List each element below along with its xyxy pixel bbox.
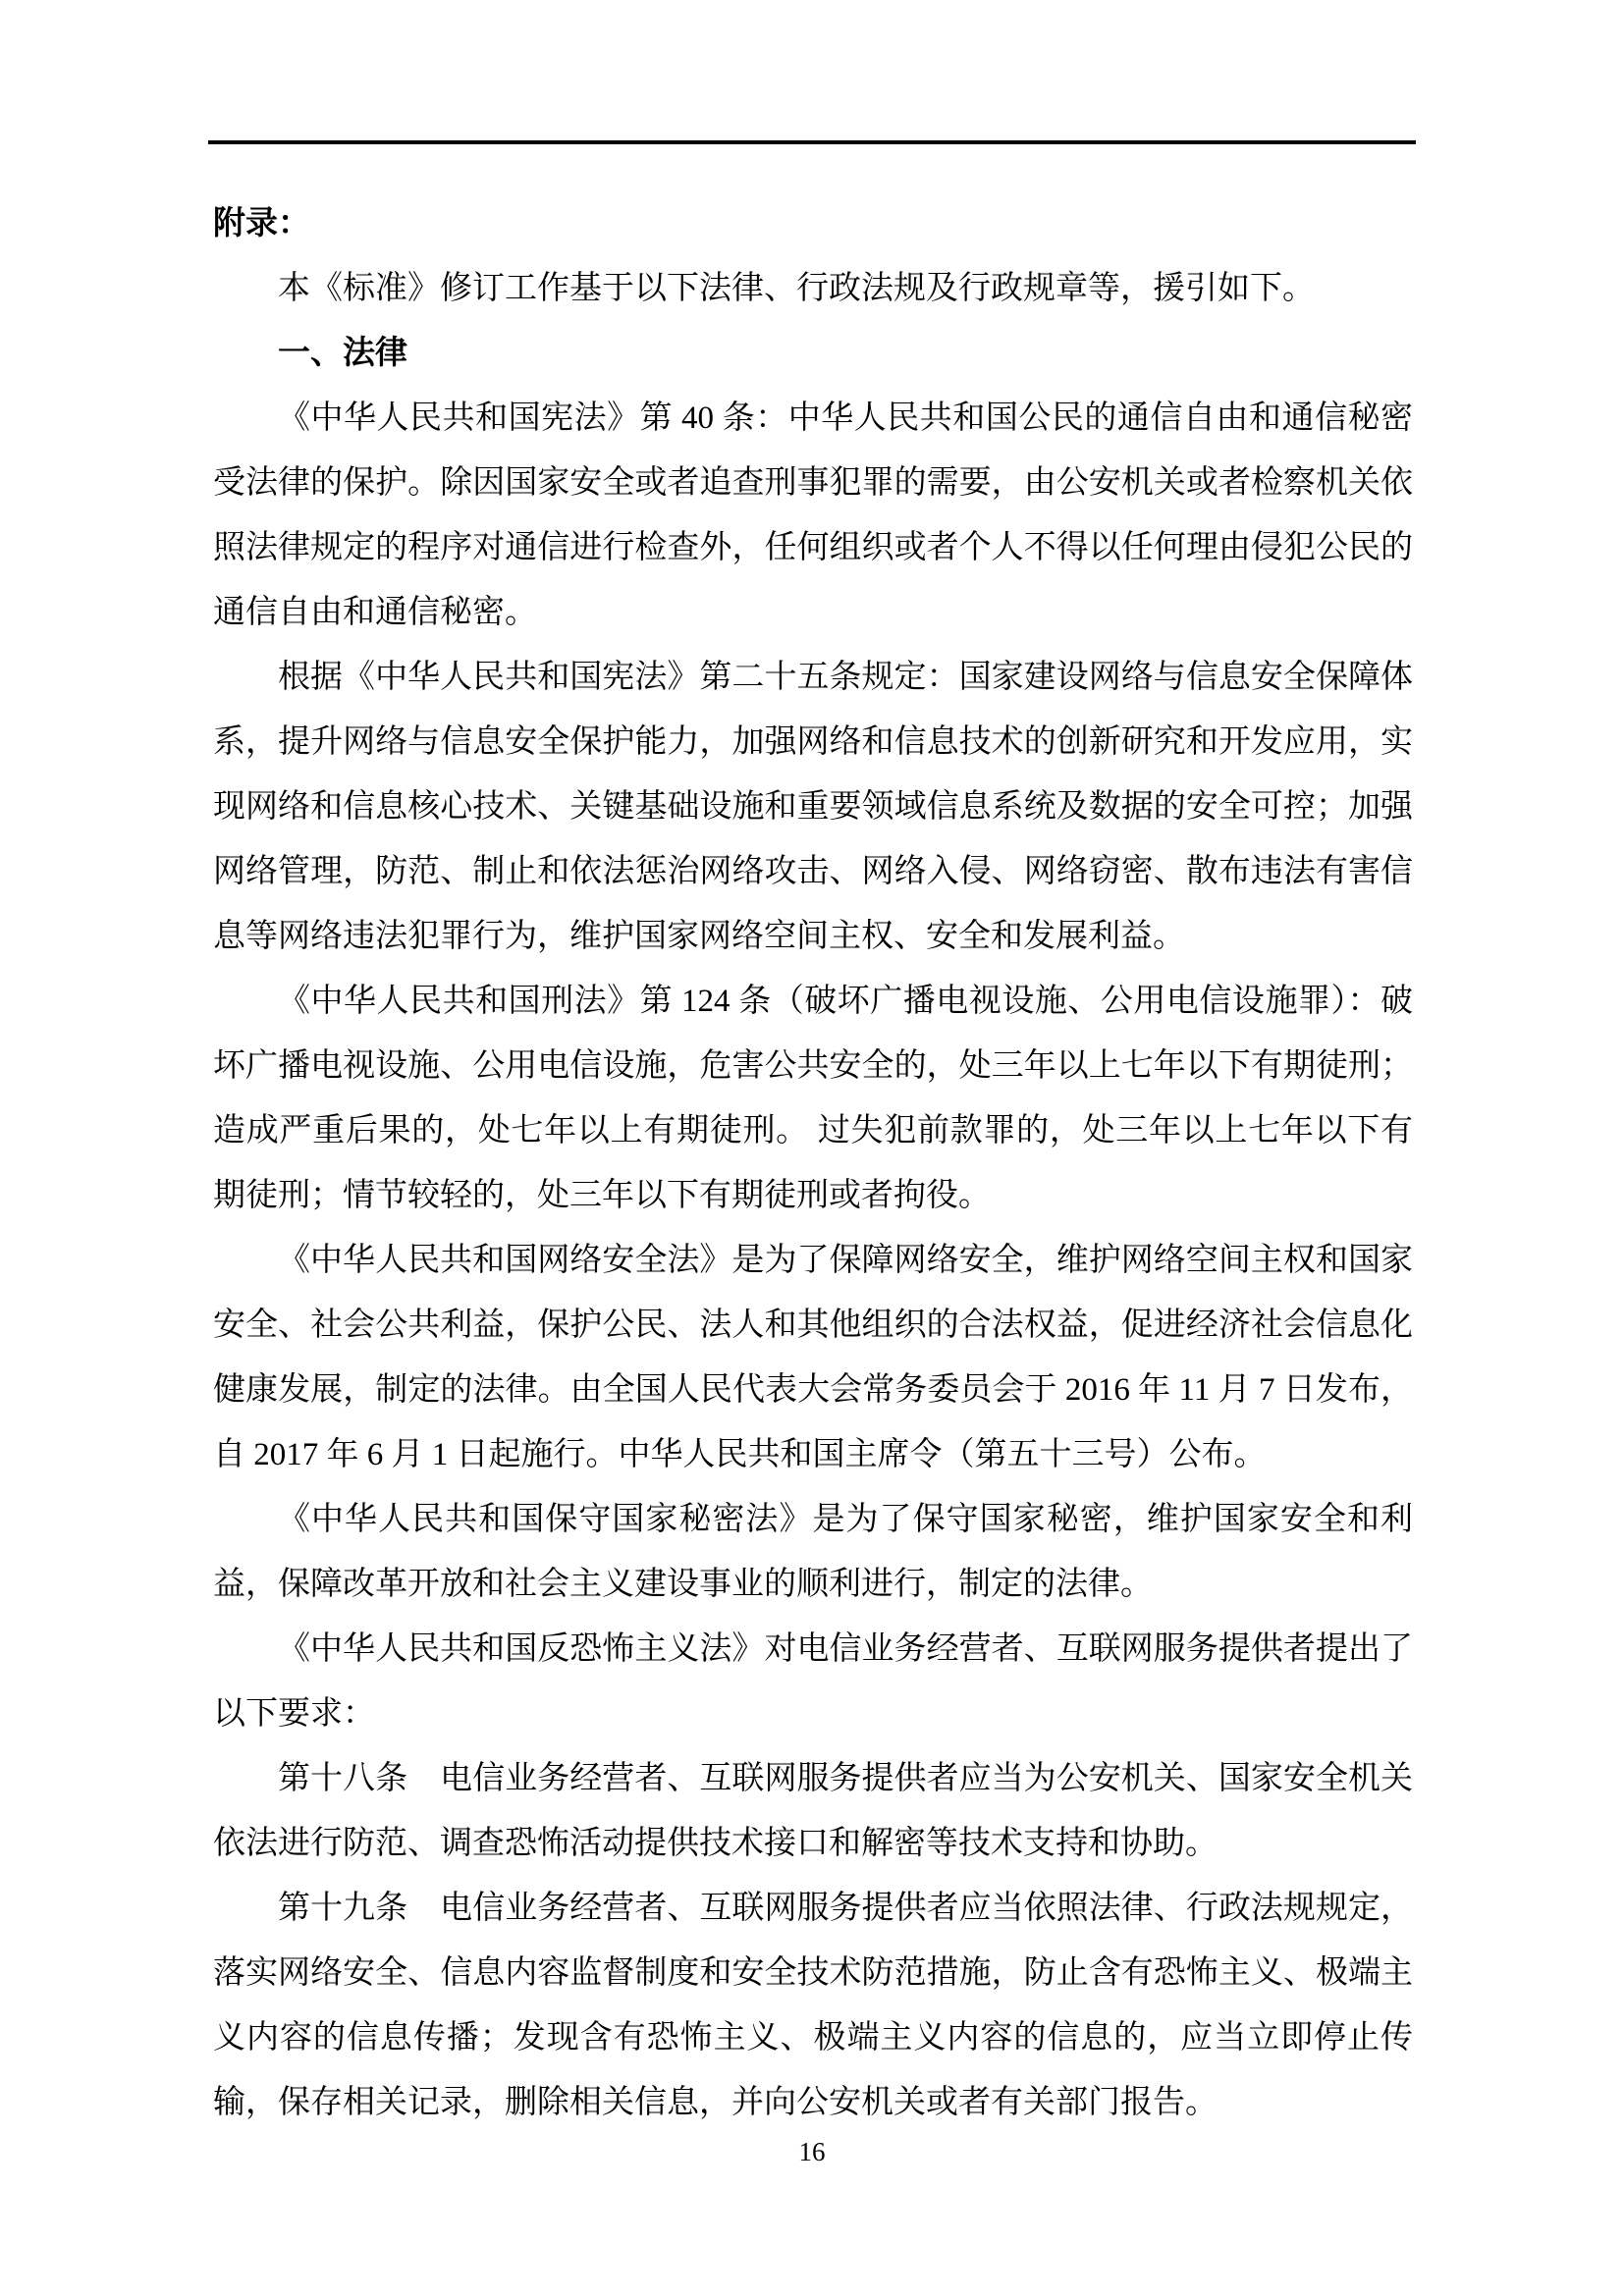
paragraph-article-19: 第十九条 电信业务经营者、互联网服务提供者应当依照法律、行政法规规定，落实网络安… [213,1876,1413,2135]
paragraph-criminal-law-article-124: 《中华人民共和国刑法》第 124 条（破坏广播电视设施、公用电信设施罪）：破坏广… [213,969,1413,1228]
page-footer: 16 [0,2132,1624,2171]
document-body: 附录： 本《标准》修订工作基于以下法律、行政法规及行政规章等，援引如下。 一、法… [213,191,1413,2135]
appendix-label: 附录： [213,191,1413,256]
paragraph-article-18: 第十八条 电信业务经营者、互联网服务提供者应当为公安机关、国家安全机关依法进行防… [213,1746,1413,1876]
page-number: 16 [799,2137,826,2166]
section-heading-law: 一、法律 [213,321,1413,386]
header-rule [208,140,1416,144]
paragraph-anti-terrorism-law: 《中华人民共和国反恐怖主义法》对电信业务经营者、互联网服务提供者提出了以下要求： [213,1617,1413,1746]
paragraph-state-secrets-law: 《中华人民共和国保守国家秘密法》是为了保守国家秘密，维护国家安全和利益，保障改革… [213,1487,1413,1617]
document-page: 附录： 本《标准》修订工作基于以下法律、行政法规及行政规章等，援引如下。 一、法… [0,0,1624,2296]
paragraph-constitution-article-40: 《中华人民共和国宪法》第 40 条：中华人民共和国公民的通信自由和通信秘密受法律… [213,386,1413,645]
paragraph-constitution-article-25: 根据《中华人民共和国宪法》第二十五条规定：国家建设网络与信息安全保障体系，提升网… [213,645,1413,969]
intro-paragraph: 本《标准》修订工作基于以下法律、行政法规及行政规章等，援引如下。 [213,256,1413,321]
paragraph-cybersecurity-law: 《中华人民共和国网络安全法》是为了保障网络安全，维护网络空间主权和国家安全、社会… [213,1228,1413,1487]
